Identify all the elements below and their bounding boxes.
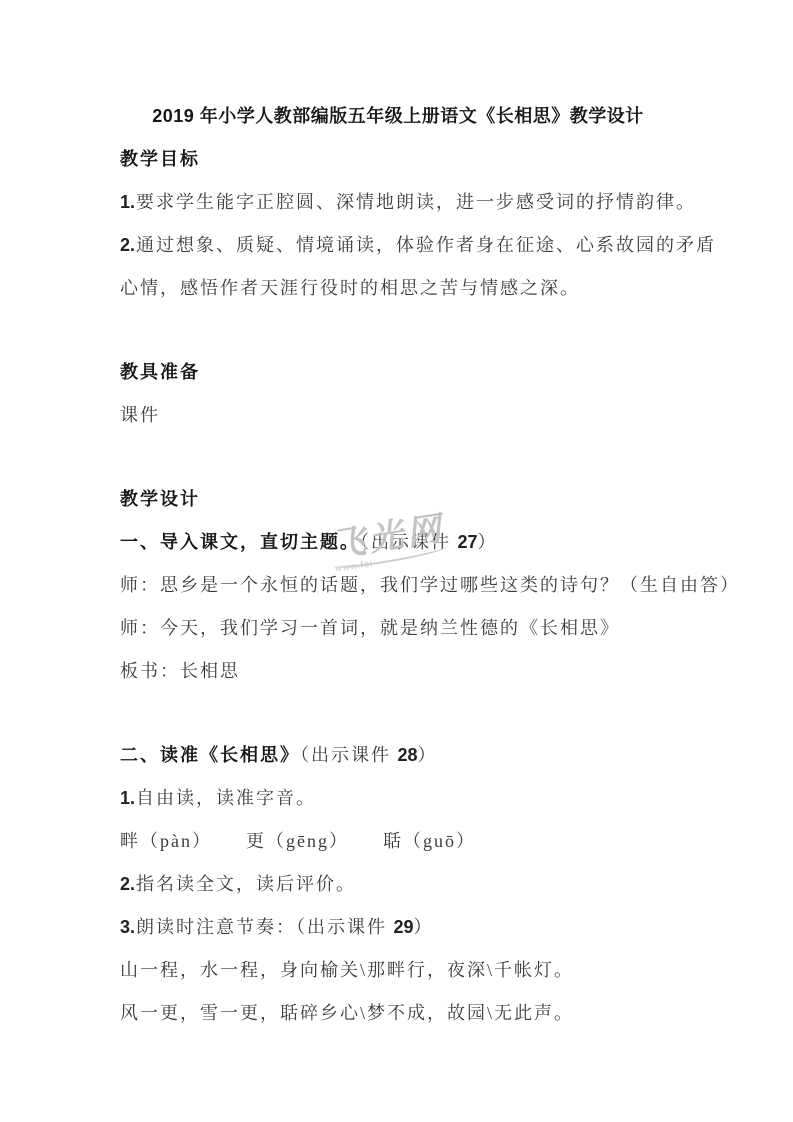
step-1-number: 1.	[120, 788, 135, 808]
step-3-line: 3.朗读时注意节奏：（出示课件 29）	[120, 906, 676, 949]
pinyin-entry-geng: 更（gēng）	[246, 831, 349, 851]
teacher-line-2: 师：今天，我们学习一首词，就是纳兰性德的《长相思》	[120, 607, 676, 650]
step-1-line: 1.自由读，读准字音。	[120, 777, 676, 820]
section-1-cue-post: ）	[478, 532, 498, 552]
section-1-heading-line: 一、导入课文，直切主题。（出示课件 27）	[120, 521, 676, 564]
document-content: 2019 年小学人教部编版五年级上册语文《长相思》教学设计 教学目标 1.要求学…	[120, 95, 676, 1035]
section-spacer	[120, 693, 676, 734]
poem-line-1: 山一程，水一程，身向榆关\那畔行，夜深\千帐灯。	[120, 949, 676, 992]
pinyin-entry-pan: 畔（pàn）	[120, 831, 212, 851]
board-writing-line: 板书：长相思	[120, 650, 676, 693]
section-2-cue-post: ）	[418, 745, 438, 765]
heading-teaching-design: 教学设计	[120, 478, 676, 521]
goal-item-2-number: 2.	[120, 235, 135, 255]
goal-item-1-text: 要求学生能字正腔圆、深情地朗读，进一步感受词的抒情韵律。	[136, 192, 696, 212]
step-3-number: 3.	[120, 917, 135, 937]
section-2-cue-number: 28	[398, 745, 418, 765]
poem-line-2: 风一更，雪一更，聒碎乡心\梦不成，故园\无此声。	[120, 992, 676, 1035]
goal-item-2-line-1: 2.通过想象、质疑、情境诵读，体验作者身在征途、心系故园的矛盾	[120, 224, 676, 267]
section-1-cue-pre: （出示课件	[360, 532, 458, 552]
section-1-cue-number: 27	[458, 532, 478, 552]
goal-item-2-line-2: 心情，感悟作者天涯行役时的相思之苦与情感之深。	[120, 267, 676, 310]
heading-teaching-goals: 教学目标	[120, 138, 676, 181]
section-1-heading: 一、导入课文，直切主题。	[120, 532, 360, 552]
step-2-line: 2.指名读全文，读后评价。	[120, 863, 676, 906]
teacher-line-1: 师：思乡是一个永恒的话题，我们学过哪些这类的诗句？（生自由答）	[120, 564, 676, 607]
pinyin-line: 畔（pàn）更（gēng）聒（guō）	[120, 820, 676, 863]
section-spacer	[120, 310, 676, 351]
document-title: 2019 年小学人教部编版五年级上册语文《长相思》教学设计	[120, 95, 676, 138]
section-2-cue-pre: （出示课件	[300, 745, 398, 765]
goal-item-1: 1.要求学生能字正腔圆、深情地朗读，进一步感受词的抒情韵律。	[120, 181, 676, 224]
section-2-heading: 二、读准《长相思》	[120, 745, 300, 765]
step-3-cue-post: ）	[414, 917, 434, 937]
goal-item-1-number: 1.	[120, 192, 135, 212]
step-2-text: 指名读全文，读后评价。	[136, 874, 356, 894]
goal-item-2-text-1: 通过想象、质疑、情境诵读，体验作者身在征途、心系故园的矛盾	[136, 235, 716, 255]
document-page: 2019 年小学人教部编版五年级上册语文《长相思》教学设计 教学目标 1.要求学…	[0, 0, 793, 1122]
pinyin-entry-guo: 聒（guō）	[383, 831, 476, 851]
heading-teaching-aids: 教具准备	[120, 351, 676, 394]
step-3-cue-number: 29	[394, 917, 414, 937]
section-spacer	[120, 437, 676, 478]
step-3-text: 朗读时注意节奏：	[136, 917, 296, 937]
step-2-number: 2.	[120, 874, 135, 894]
section-2-heading-line: 二、读准《长相思》（出示课件 28）	[120, 734, 676, 777]
teaching-aids-content: 课件	[120, 394, 676, 437]
step-3-cue-pre: （出示课件	[296, 917, 394, 937]
step-1-text: 自由读，读准字音。	[136, 788, 316, 808]
